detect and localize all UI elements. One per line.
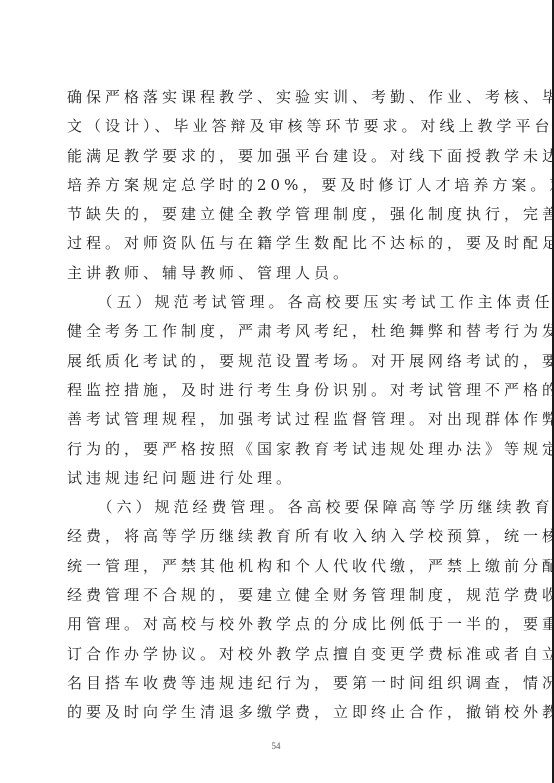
text-line: 培养方案规定总学时的20%，要及时修订人才培养方案。对教学环 xyxy=(67,171,492,200)
text-line: 文（设计）、毕业答辩及审核等环节要求。对线上教学平台缺失或 不 xyxy=(67,112,492,141)
text-line: 能满足教学要求的，要加强平台建设。对线下面授教学未达到 人才 xyxy=(67,142,492,171)
body-text: 确保严格落实课程教学、实验实训、考勤、作业、考核、毕业论 文（设计）、毕业答辩及… xyxy=(67,83,492,728)
text-line: 节缺失的，要建立健全教学管理制度，强化制度执行，完善 教学 xyxy=(67,200,492,229)
document-page: 确保严格落实课程教学、实验实训、考勤、作业、考核、毕业论 文（设计）、毕业答辩及… xyxy=(0,0,554,783)
text-line: 的要及时向学生清退多缴学费，立即终止合作，撤销校外教学点。 xyxy=(67,698,492,727)
text-line: 用管理。对高校与校外教学点的分成比例低于一半的，要重新签 xyxy=(67,610,492,639)
text-line: 试违规违纪问题进行处理。 xyxy=(67,464,492,493)
text-line: 过程。对师资队伍与在籍学生数配比不达标的，要及时配足 配好 xyxy=(67,229,492,258)
section-heading-line: （五）规范考试管理。各高校要压实考试工作主体责任，建立 xyxy=(67,288,492,317)
text-line: 善考试管理规程，加强考试过程监督管理。对出现群体作弊、替考 xyxy=(67,405,492,434)
text-line: 主讲教师、辅导教师、管理人员。 xyxy=(67,259,492,288)
page-number: 54 xyxy=(0,741,552,751)
text-line: 行为的，要严格按照《国家教育考试违规处理办法》等规定，对考 xyxy=(67,435,492,464)
text-line: 展纸质化考试的，要规范设置考场。对开展网络考试的，要完善远 xyxy=(67,347,492,376)
text-line: 统一管理，严禁其他机构和个人代收代缴，严禁上缴前分配。对 xyxy=(67,552,492,581)
text-line: 经费，将高等学历继续教育所有收入纳入学校预算，统一核算、 xyxy=(67,522,492,551)
section-heading-line: （六）规范经费管理。各高校要保障高等学历继续教育办学 xyxy=(67,493,492,522)
text-line: 健全考务工作制度，严肃考风考纪，杜绝舞弊和替考行为发生。 对开 xyxy=(67,317,492,346)
text-line: 订合作办学协议。对校外教学点擅自变更学费标准或者自立收费 xyxy=(67,640,492,669)
text-line: 程监控措施，及时进行考生身份识别。对考试管理不严格的，要完 xyxy=(67,376,492,405)
text-line: 经费管理不合规的，要建立健全财务管理制度，规范学费收入使 xyxy=(67,581,492,610)
text-line: 确保严格落实课程教学、实验实训、考勤、作业、考核、毕业论 xyxy=(67,83,492,112)
text-line: 名目搭车收费等违规违纪行为，要第一时间组织调查，情况属实 xyxy=(67,669,492,698)
